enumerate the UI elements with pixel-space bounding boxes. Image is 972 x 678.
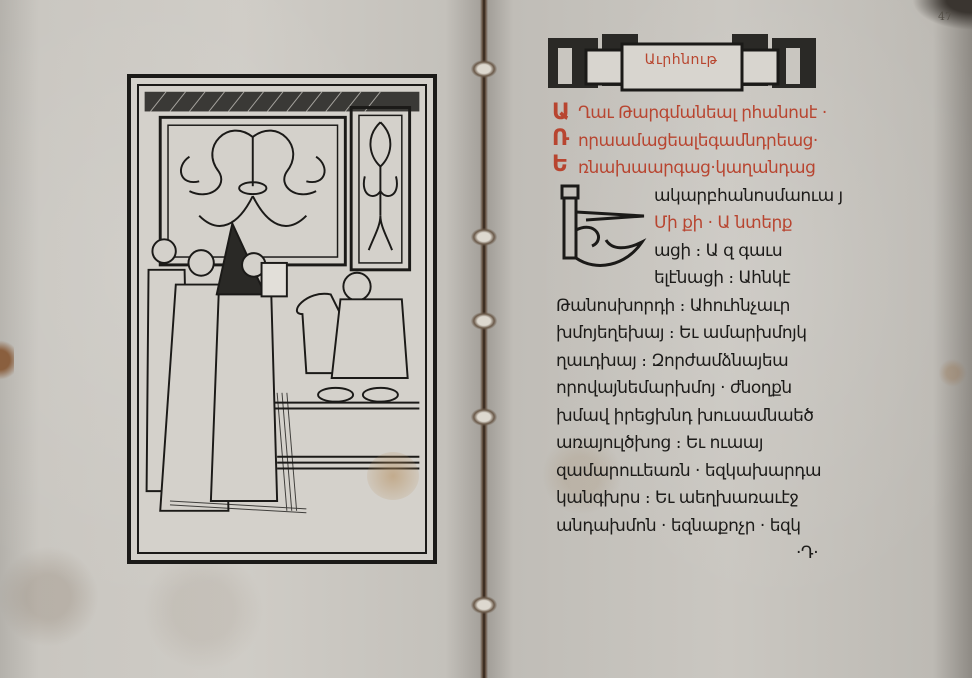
text-line: ղաւդխայ ։ Զորժամձնայեա: [556, 348, 876, 376]
open-book: 47 Աւրհնութ Ղաւ Թարգմանեալ րհա: [0, 0, 972, 678]
text-line-red: Մի քի · Ա նտերք: [556, 210, 876, 238]
text-line: ակարբհանոսմաուա յ: [556, 183, 876, 211]
scroll-banner-heading: Աւրհնութ: [546, 34, 818, 94]
binding-stitch: [471, 408, 497, 426]
banner-title: Աւրհնութ: [626, 52, 736, 68]
page-number: 47: [938, 10, 952, 23]
binding-stitch: [471, 60, 497, 78]
text-line: ելէնացի ։ Ահնկէ: [556, 265, 876, 293]
page-text: Ղաւ Թարգմանեալ րհանոսէ · որաամացեալեգամն…: [556, 100, 876, 568]
text-line-red: Ղաւ Թարգմանեալ րհանոսէ ·: [556, 100, 876, 128]
red-initial-3: Ե: [552, 152, 578, 178]
text-line: կանգխրս ։ Եւ աեղխառաւէջ: [556, 485, 876, 513]
text-line: զամարոււեառն · եզկախարդա: [556, 458, 876, 486]
paper-stain: [0, 340, 14, 380]
text-line: ացի ։ Ա զ գաւս: [556, 238, 876, 266]
closing-mark: ·Դ·: [556, 540, 876, 568]
text-line: խմոյեղեխայ ։ Եւ ամարխմոյկ: [556, 320, 876, 348]
text-line: առայուլծխոց ։ Եւ ուաայ: [556, 430, 876, 458]
text-line: անդախմոն · եզնաքոչր · եզկ: [556, 513, 876, 541]
text-line: խմավ իրեցխնդ խուսամնաեծ: [556, 403, 876, 431]
red-initial-letters: Ա Ռ Ե: [552, 100, 578, 184]
left-page: [0, 0, 484, 678]
binding-stitch: [471, 228, 497, 246]
stain-spot: [367, 452, 419, 500]
woodcut-illustration: [127, 74, 437, 564]
book-spine: [480, 0, 488, 678]
text-line: Թանոսխորդի ։ Ահուհնչաւր: [556, 293, 876, 321]
red-initial-1: Ա: [552, 100, 578, 126]
binding-stitch: [471, 596, 497, 614]
text-line: որովայնեմարխմոյ · ժնօղքն: [556, 375, 876, 403]
binding-stitch: [471, 312, 497, 330]
text-line-red: ռնախաարգաց·կաղանդաց: [556, 155, 876, 183]
red-initial-2: Ռ: [552, 126, 578, 152]
text-line-red: որաամացեալեգամնդրեաց·: [556, 128, 876, 156]
